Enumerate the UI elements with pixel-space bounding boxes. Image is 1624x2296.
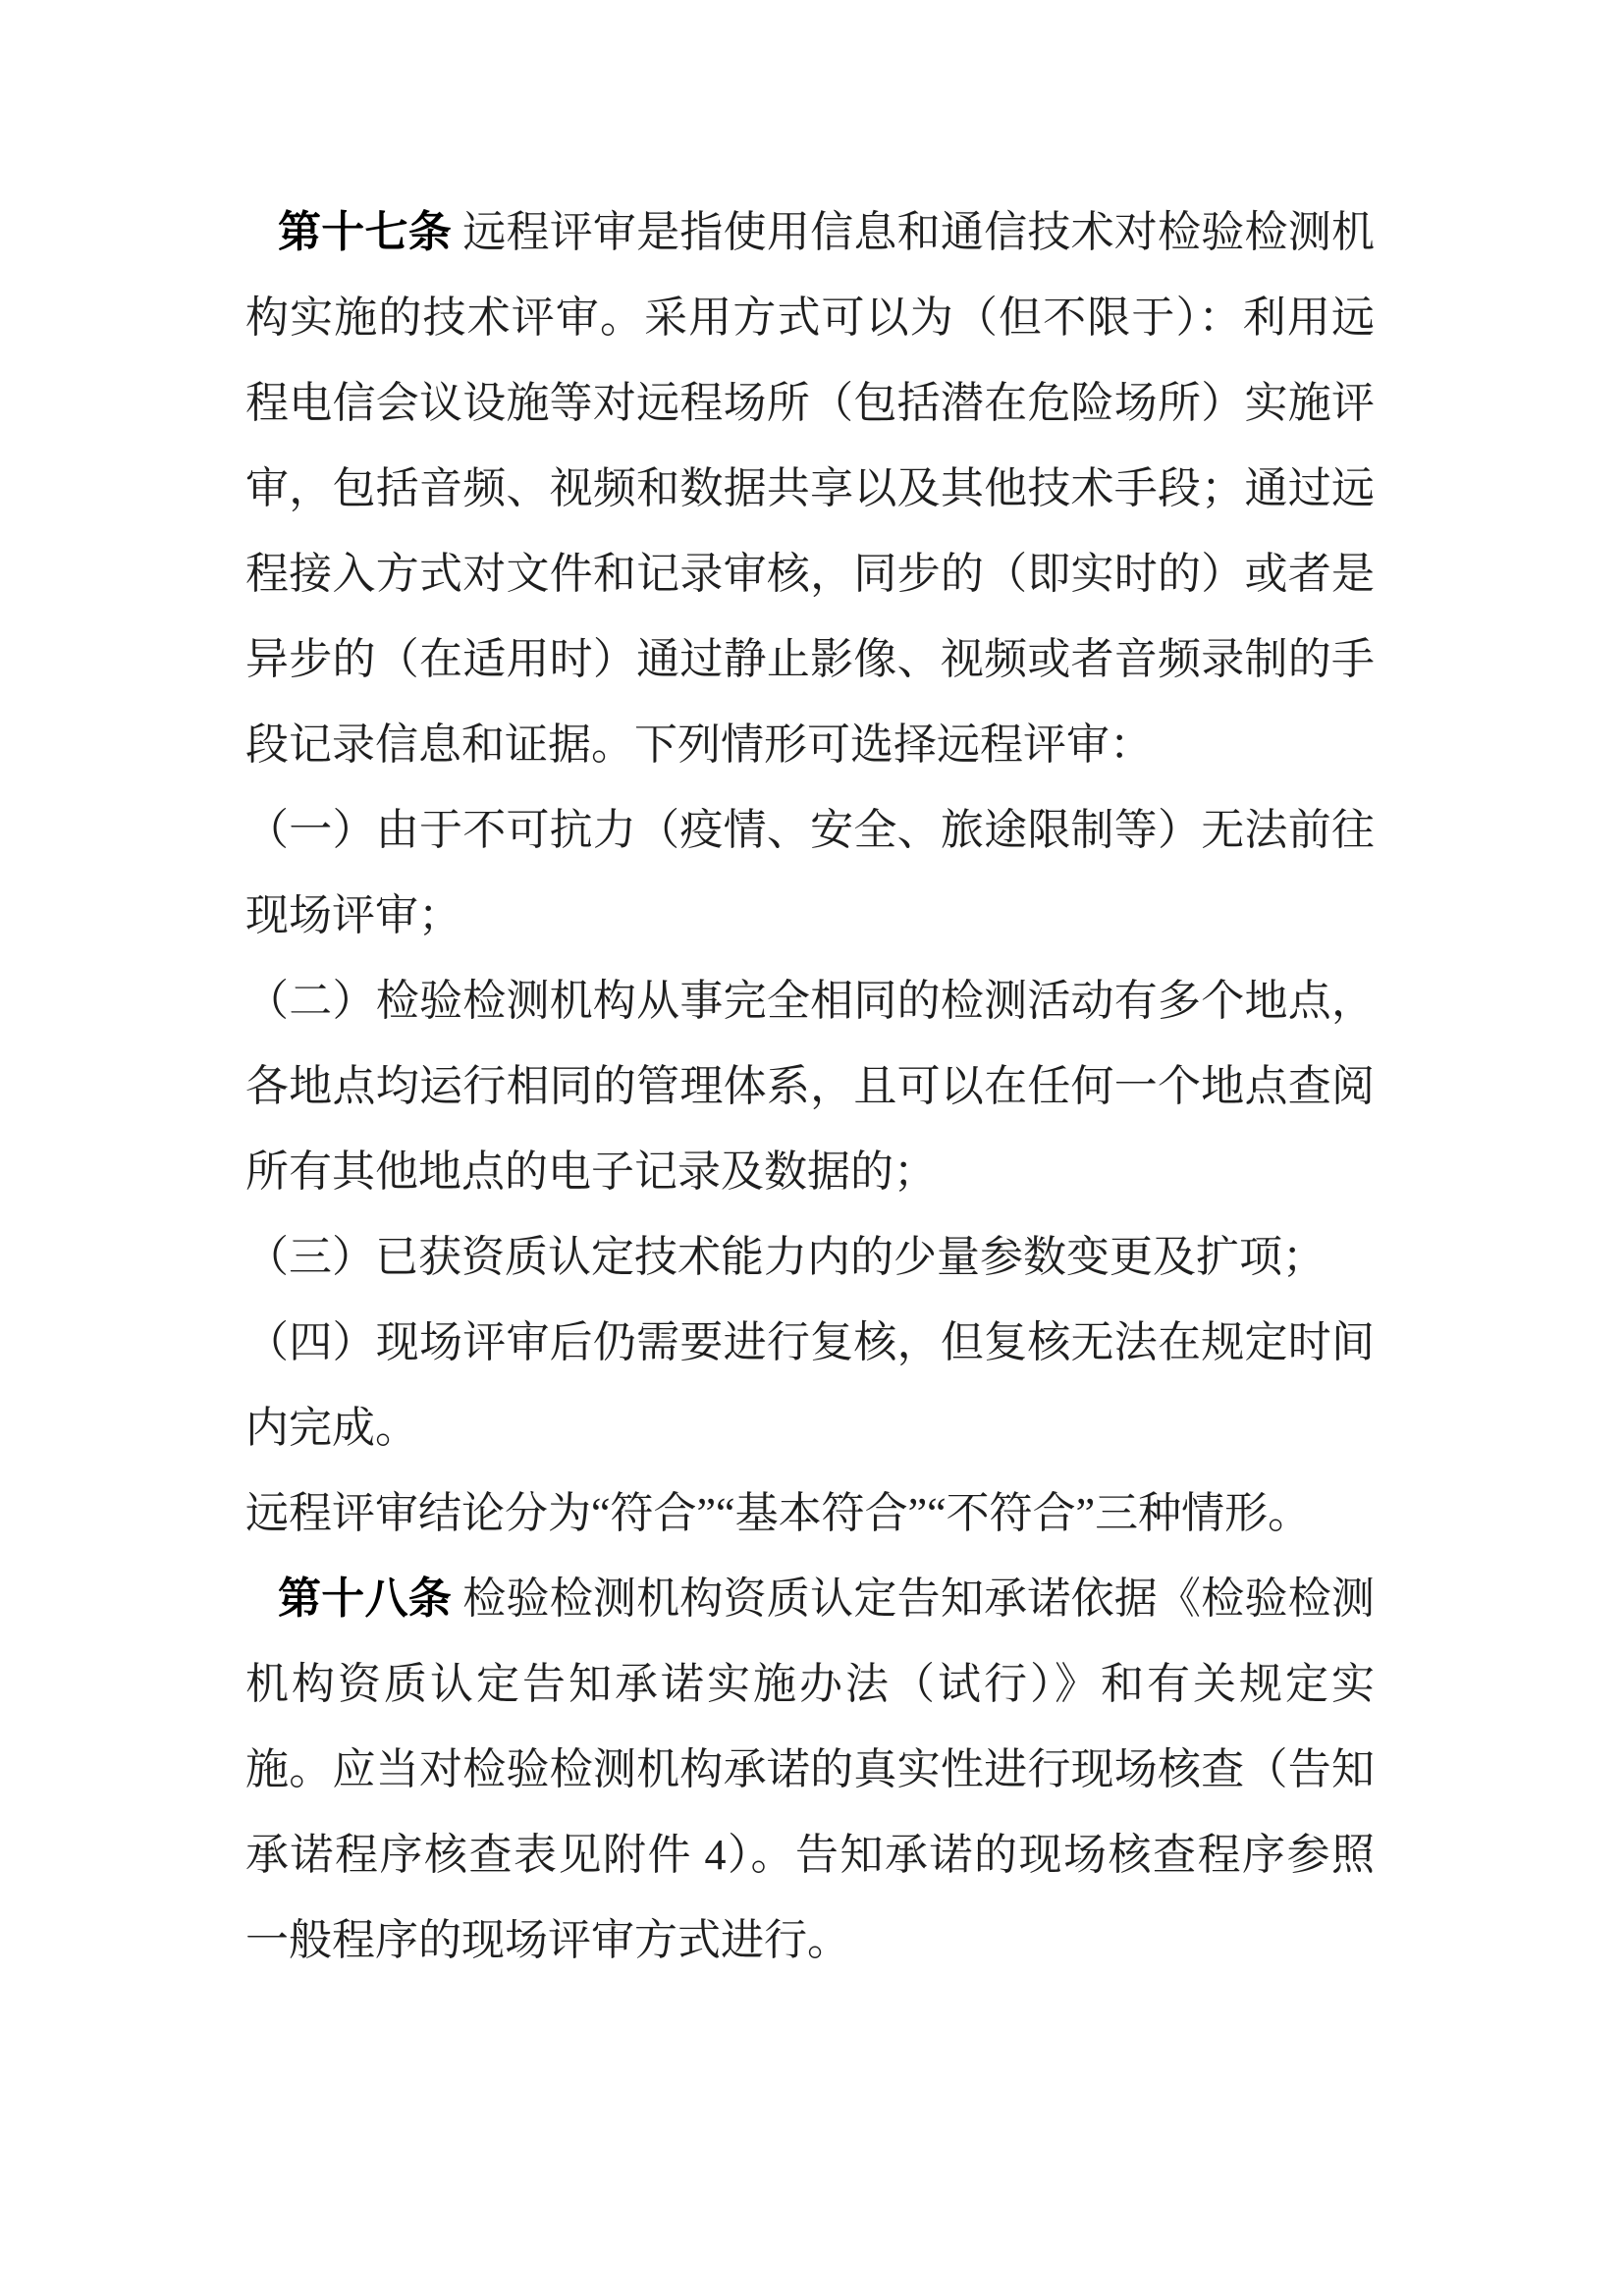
article-17-text: 远程评审是指使用信息和通信技术对检验检测机构实施的技术评审。采用方式可以为（但不… (245, 208, 1375, 769)
document-text-block: 第十七条 远程评审是指使用信息和通信技术对检验检测机构实施的技术评审。采用方式可… (245, 189, 1375, 1983)
paragraph-remote-review-conclusion: 远程评审结论分为“符合”“基本符合”“不符合”三种情形。 (245, 1470, 1375, 1556)
conclusion-text: 远程评审结论分为“符合”“基本符合”“不符合”三种情形。 (245, 1489, 1311, 1537)
article-18-text: 检验检测机构资质认定告知承诺依据《检验检测机构资质认定告知承诺实施办法（试行）》… (245, 1575, 1375, 1964)
paragraph-item-4: （四）现场评审后仍需要进行复核，但复核无法在规定时间内完成。 (245, 1300, 1375, 1470)
item-4-text: （四）现场评审后仍需要进行复核，但复核无法在规定时间内完成。 (245, 1318, 1375, 1452)
paragraph-item-1: （一）由于不可抗力（疫情、安全、旅途限制等）无法前往现场评审； (245, 787, 1375, 958)
paragraph-item-3: （三）已获资质认定技术能力内的少量参数变更及扩项； (245, 1214, 1375, 1300)
article-17-number: 第十七条 (278, 208, 452, 256)
paragraph-article-17: 第十七条 远程评审是指使用信息和通信技术对检验检测机构实施的技术评审。采用方式可… (245, 189, 1375, 787)
document-page: 第十七条 远程评审是指使用信息和通信技术对检验检测机构实施的技术评审。采用方式可… (0, 0, 1624, 2296)
paragraph-item-2: （二）检验检测机构从事完全相同的检测活动有多个地点，各地点均运行相同的管理体系，… (245, 958, 1375, 1214)
paragraph-article-18: 第十八条 检验检测机构资质认定告知承诺依据《检验检测机构资质认定告知承诺实施办法… (245, 1556, 1375, 1983)
item-1-text: （一）由于不可抗力（疫情、安全、旅途限制等）无法前往现场评审； (245, 806, 1375, 939)
item-2-text: （二）检验检测机构从事完全相同的检测活动有多个地点，各地点均运行相同的管理体系，… (245, 977, 1375, 1196)
article-18-number: 第十八条 (278, 1575, 452, 1623)
item-3-text: （三）已获资质认定技术能力内的少量参数变更及扩项； (245, 1233, 1326, 1281)
